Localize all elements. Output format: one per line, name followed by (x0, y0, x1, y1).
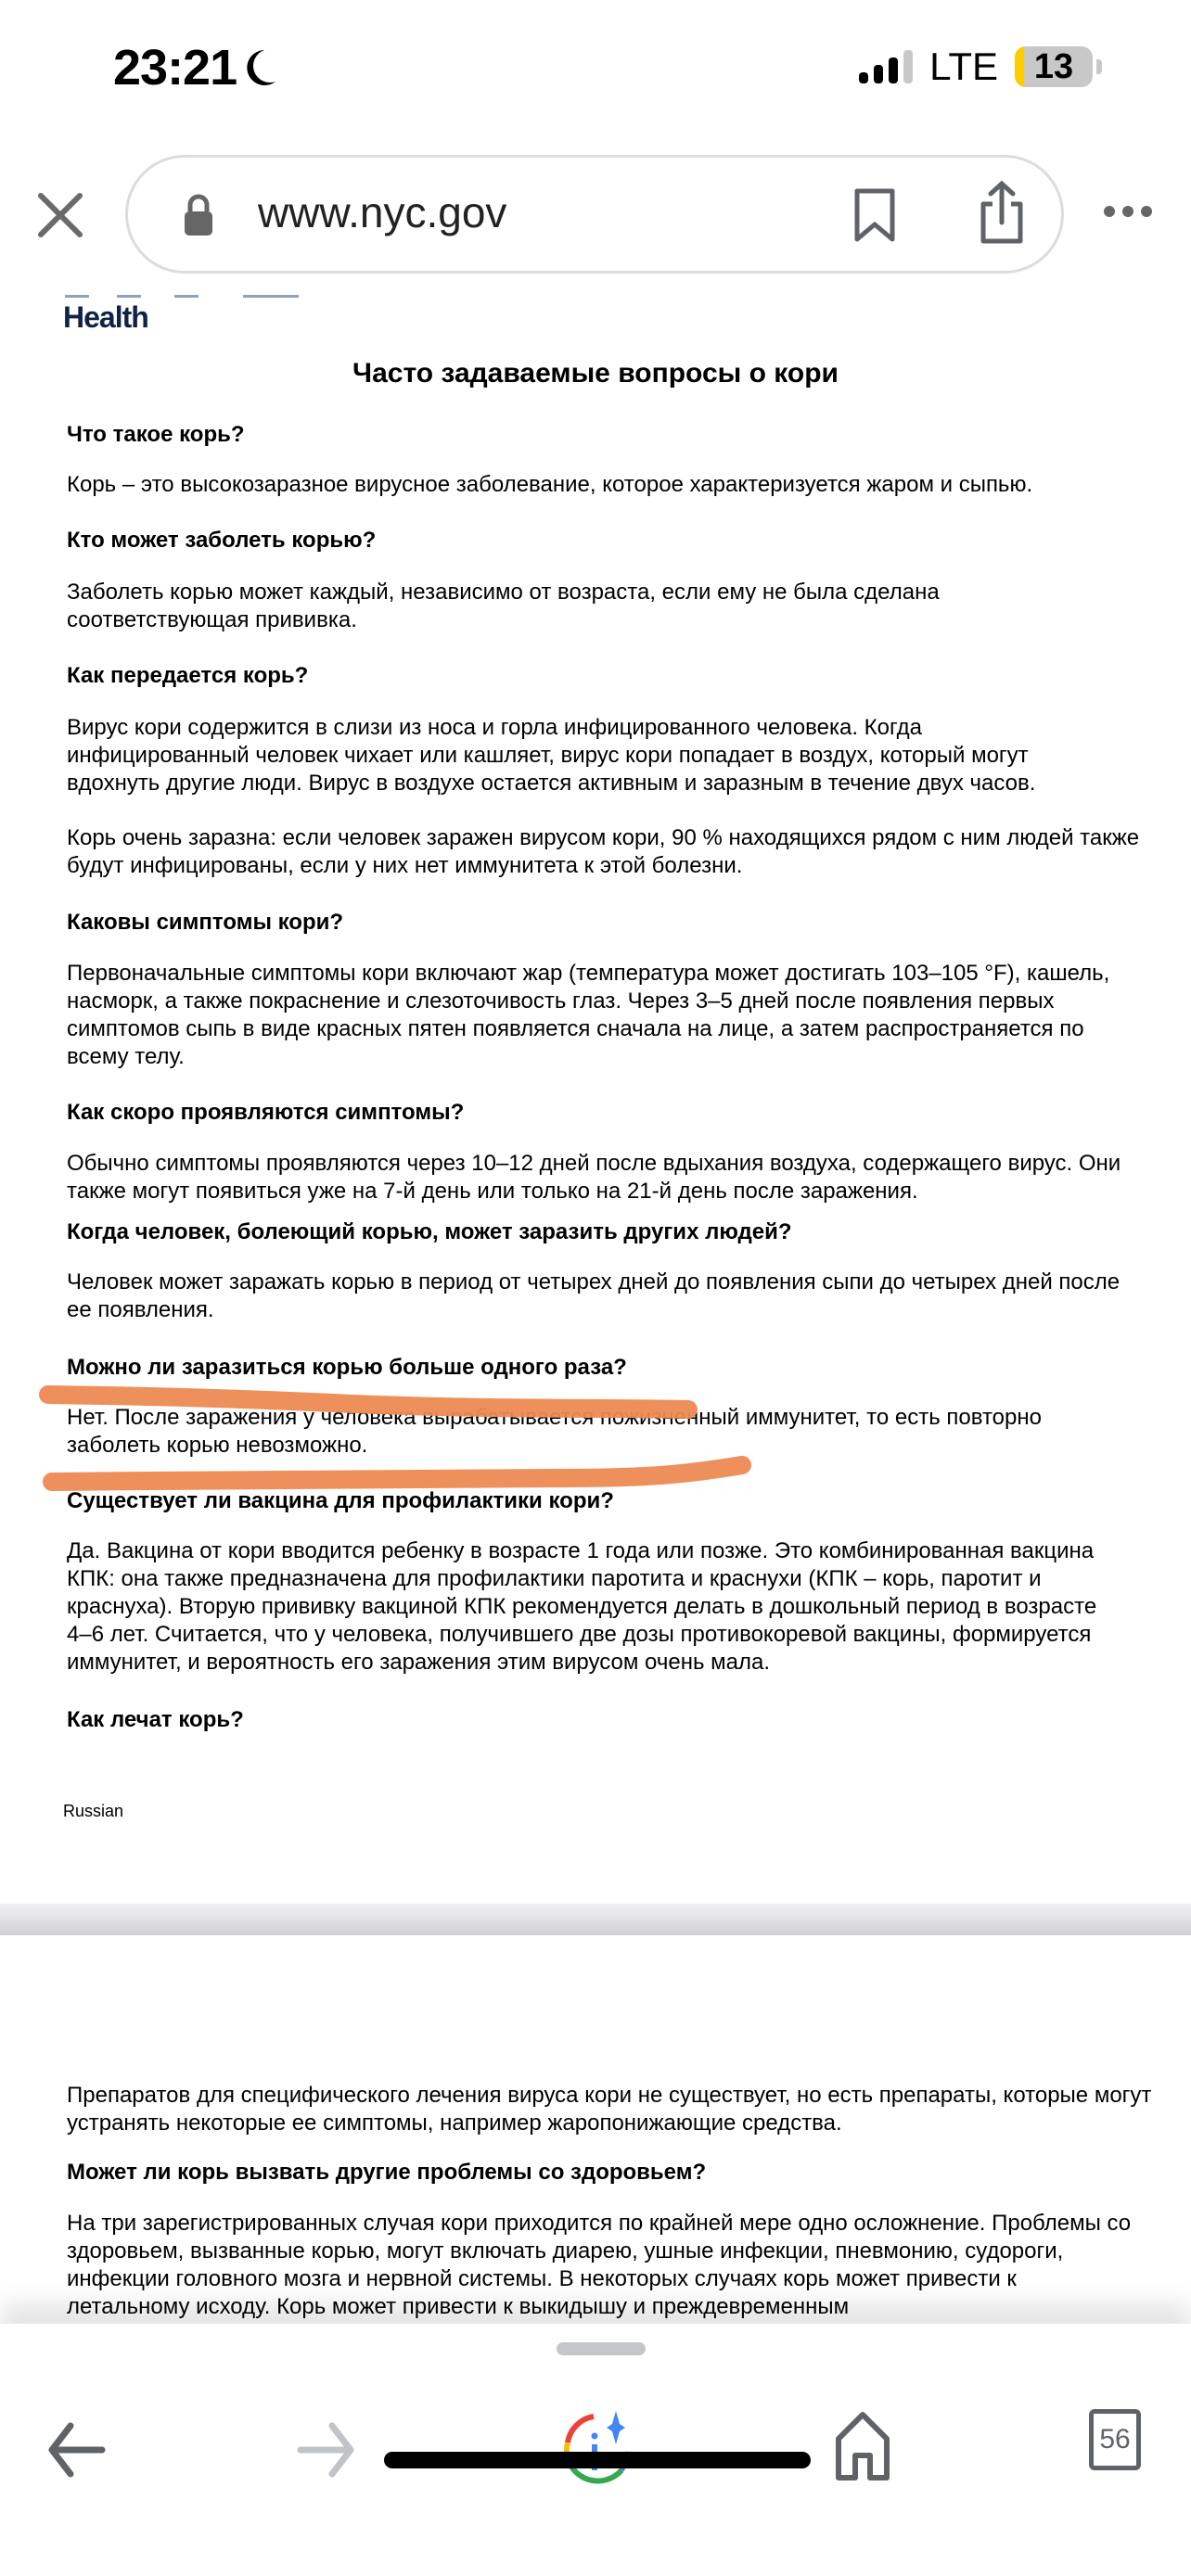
share-icon[interactable] (978, 180, 1026, 245)
signal-icon (859, 50, 913, 83)
address-bar[interactable]: www.nyc.gov (125, 155, 1064, 274)
status-indicators: LTE 13 (859, 45, 1102, 89)
lock-icon (182, 193, 215, 237)
faq-answer: Заболеть корью может каждый, независимо … (67, 579, 1013, 634)
language-footer: Russian (63, 1802, 123, 1821)
faq-question: Каковы симптомы кори? (67, 909, 1143, 937)
home-indicator[interactable] (384, 2452, 811, 2468)
status-time: 23:21 (113, 39, 279, 96)
faq-question: Что такое корь? (67, 421, 1143, 449)
logo-decoration (65, 295, 306, 299)
faq-question: Как лечат корь? (67, 1706, 1143, 1734)
battery-level: 13 (1034, 47, 1073, 87)
google-lens-ai-icon[interactable] (558, 2405, 638, 2494)
faq-answer: Нет. После заражения у человека вырабаты… (67, 1404, 1133, 1460)
faq-answer: Первоначальные симптомы кори включают жа… (67, 960, 1124, 1071)
faq-question: Как передается корь? (67, 662, 1143, 690)
faq-question: Существует ли вакцина для профилактики к… (67, 1487, 1143, 1515)
more-icon[interactable] (1104, 206, 1152, 217)
close-icon[interactable] (35, 190, 85, 240)
faq-answer: Да. Вакцина от кори вводится ребенку в в… (67, 1537, 1115, 1677)
back-arrow-icon[interactable] (41, 2413, 115, 2487)
page-title: Часто задаваемые вопросы о кори (0, 358, 1191, 389)
clock: 23:21 (113, 39, 237, 96)
health-logo: Health (63, 300, 148, 335)
faq-answer: Обычно симптомы проявляются через 10–12 … (67, 1150, 1152, 1205)
faq-question: Можно ли заразиться корью больше одного … (67, 1354, 1143, 1382)
network-type: LTE (929, 45, 998, 89)
faq-question: Когда человек, болеющий корью, может зар… (67, 1218, 1143, 1246)
battery-cap (1096, 59, 1102, 74)
page-separator (0, 1904, 1191, 1935)
moon-icon (242, 46, 279, 89)
bookmark-icon[interactable] (853, 187, 896, 243)
bottom-toolbar: 56 (0, 2324, 1191, 2576)
faq-answer: Корь – это высокозаразное вирусное забол… (67, 471, 1143, 499)
faq-answer: Человек может заражать корью в период от… (67, 1269, 1133, 1324)
forward-arrow-icon[interactable] (288, 2413, 362, 2487)
home-icon[interactable] (833, 2409, 892, 2483)
battery-icon: 13 (1015, 46, 1093, 87)
faq-question: Может ли корь вызвать другие проблемы со… (67, 2159, 1143, 2187)
tab-count: 56 (1099, 2424, 1130, 2455)
faq-question: Кто может заболеть корью? (67, 527, 1143, 555)
faq-answer: Вирус кори содержится в слизи из носа и … (67, 714, 1106, 797)
faq-answer: Препаратов для специфического лечения ви… (67, 2082, 1152, 2137)
faq-answer: Корь очень заразна: если человек заражен… (67, 824, 1152, 880)
faq-question: Как скоро проявляются симптомы? (67, 1099, 1143, 1127)
tabs-icon[interactable]: 56 (1089, 2409, 1141, 2470)
drag-handle[interactable] (557, 2342, 646, 2355)
url-text[interactable]: www.nyc.gov (258, 187, 506, 237)
faq-answer: На три зарегистрированных случая кори пр… (67, 2210, 1133, 2321)
